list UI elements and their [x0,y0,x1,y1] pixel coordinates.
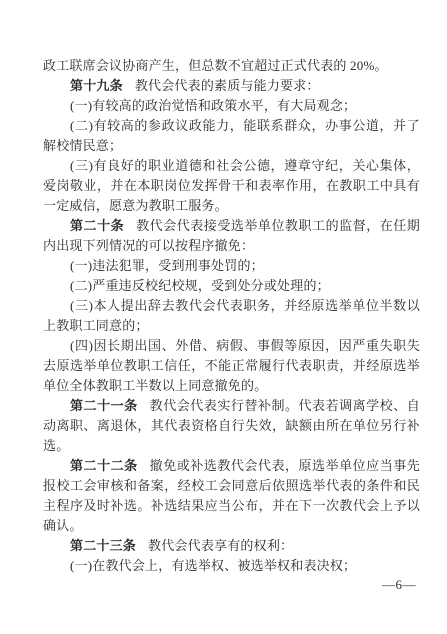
text-line: (二)有较高的参政议政能力，能联系群众，办事公道，并了 [43,116,420,136]
article-number: 第二十条 [70,218,124,233]
text-line: 单位全体教职工半数以上同意撤免的。 [43,376,420,396]
text-line: 第二十二条撤免或补选教代会代表，原选举单位应当事先 [43,456,420,476]
article-number: 第二十二条 [70,458,138,473]
article-text: 教代会代表实行替补制。代表若调离学校、自 [150,398,420,413]
text-line: 动离职、离退休，其代表资格自行失效，缺额由所在单位另行补 [43,416,420,436]
article-number: 第二十一条 [70,398,138,413]
text-line: 第二十条教代会代表接受选举单位教职工的监督，在任期 [43,216,420,236]
text-line: 确认。 [43,516,420,536]
article-text: 教代会代表接受选举单位教职工的监督，在任期 [136,218,420,233]
text-line: (三)本人提出辞去教代会代表职务，并经原选举单位半数以 [43,296,420,316]
text-line: 上教职工同意的； [43,316,420,336]
document-page: 政工联席会议协商产生，但总数不宜超过正式代表的 20%。第十九条教代会代表的素质… [0,0,447,634]
text-line: (一)违法犯罪，受到刑事处罚的； [43,256,420,276]
article-text: 教代会代表享有的权利： [148,538,293,553]
text-line: 第十九条教代会代表的素质与能力要求： [43,76,420,96]
text-line: 爱岗敬业，并在本职岗位发挥骨干和表率作用，在教职工中具有 [43,176,420,196]
text-line: 选。 [43,436,420,456]
text-line: 报校工会审核和备案，经校工会同意后依照选举代表的条件和民 [43,476,420,496]
document-body: 政工联席会议协商产生，但总数不宜超过正式代表的 20%。第十九条教代会代表的素质… [43,56,420,576]
text-line: 一定威信，愿意为教职工服务。 [43,196,420,216]
text-line: 第二十一条教代会代表实行替补制。代表若调离学校、自 [43,396,420,416]
text-line: 主程序及时补选。补选结果应当公布，并在下一次教代会上予以 [43,496,420,516]
article-number: 第十九条 [70,78,123,93]
article-text: 撤免或补选教代会代表，原选举单位应当事先 [150,458,420,473]
article-text: 教代会代表的素质与能力要求： [135,78,320,93]
text-line: (四)因长期出国、外借、病假、事假等原因，因严重失职失 [43,336,420,356]
text-line: 内出现下列情况的可以按程序撤免： [43,236,420,256]
text-line: 去原选举单位教职工信任，不能正常履行代表职责，并经原选举 [43,356,420,376]
text-line: (一)在教代会上，有选举权、被选举权和表决权； [43,556,420,576]
text-line: (三)有良好的职业道德和社会公德，遵章守纪，关心集体， [43,156,420,176]
text-line: (二)严重违反校纪校规，受到处分或处理的； [43,276,420,296]
text-line: 解校情民意； [43,136,420,156]
text-line: 政工联席会议协商产生，但总数不宜超过正式代表的 20%。 [43,56,420,76]
page-number: —6— [382,575,416,595]
text-line: (一)有较高的政治觉悟和政策水平，有大局观念； [43,96,420,116]
text-line: 第二十三条教代会代表享有的权利： [43,536,420,556]
article-number: 第二十三条 [70,538,136,553]
